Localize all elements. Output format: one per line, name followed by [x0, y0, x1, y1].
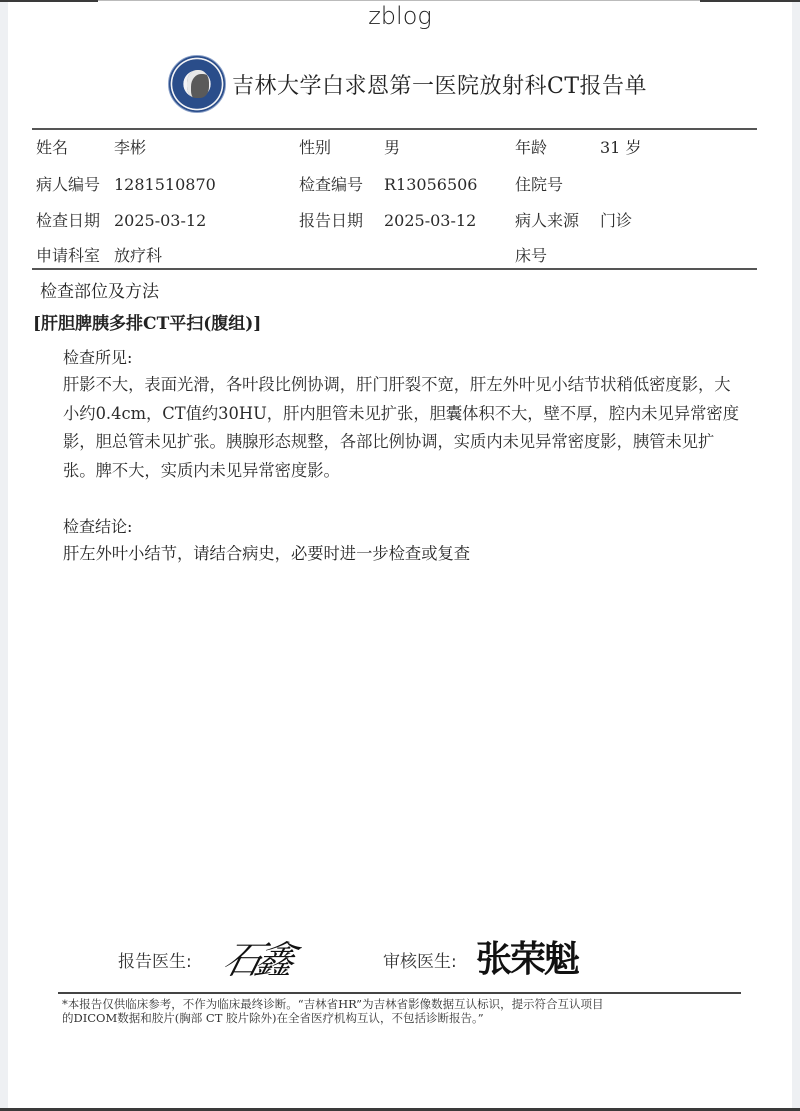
patient-name: 李彬	[114, 138, 146, 158]
footnote-line-2: 的DICOM数据和胶片(胸部 CT 胶片除外)在全省医疗机构互认，不包括诊断报告…	[62, 1011, 752, 1025]
watermark-text: zblog	[0, 0, 800, 32]
exam-date: 2025-03-12	[114, 211, 206, 231]
source-label: 病人来源	[515, 211, 579, 231]
report-header: 吉林大学白求恩第一医院放射科CT报告单	[168, 55, 647, 113]
patient-id: 1281510870	[114, 175, 216, 195]
reviewing-doctor-label: 审核医生:	[383, 947, 457, 972]
reporting-doctor-label: 报告医生:	[118, 947, 192, 972]
exam-id-label: 检查编号	[299, 175, 363, 195]
hospital-seal-logo-icon	[168, 55, 226, 113]
footnote-line-1: *本报告仅供临床参考，不作为临床最终诊断。“吉林省HR”为吉林省影像数据互认标识…	[62, 997, 752, 1011]
department-label: 申请科室	[36, 246, 100, 266]
divider	[32, 268, 757, 270]
portrait-icon	[187, 70, 209, 98]
inpatient-no-label: 住院号	[515, 175, 563, 195]
signature-row: 报告医生: 石鑫 审核医生: 张荣魁	[0, 935, 800, 990]
exam-id: R13056506	[384, 175, 477, 195]
bed-label: 床号	[515, 246, 547, 266]
report-title: 吉林大学白求恩第一医院放射科CT报告单	[232, 69, 647, 100]
reviewing-doctor-signature: 张荣魁	[476, 931, 578, 982]
divider	[58, 992, 741, 994]
exam-section-label: 检查部位及方法	[40, 277, 159, 302]
report-date: 2025-03-12	[384, 211, 476, 231]
report-date-label: 报告日期	[299, 211, 363, 231]
patient-source: 门诊	[600, 211, 632, 231]
conclusion-label: 检查结论:	[63, 514, 132, 537]
exam-method: [肝胆脾胰多排CT平扫(腹组)]	[33, 309, 261, 334]
divider	[32, 128, 757, 130]
findings-text: 肝影不大，表面光滑，各叶段比例协调，肝门肝裂不宽，肝左外叶见小结节状稍低密度影，…	[63, 371, 743, 485]
patient-age: 31 岁	[600, 138, 641, 158]
conclusion-text: 肝左外叶小结节，请结合病史，必要时进一步检查或复查	[63, 540, 470, 564]
exam-date-label: 检查日期	[36, 211, 100, 231]
gender-label: 性别	[299, 138, 331, 158]
patient-id-label: 病人编号	[36, 175, 100, 195]
findings-label: 检查所见:	[63, 345, 132, 368]
patient-gender: 男	[384, 138, 400, 158]
name-label: 姓名	[36, 138, 68, 158]
age-label: 年龄	[515, 138, 547, 158]
disclaimer-footnote: *本报告仅供临床参考，不作为临床最终诊断。“吉林省HR”为吉林省影像数据互认标识…	[62, 997, 752, 1025]
reporting-doctor-signature: 石鑫	[218, 929, 296, 984]
department: 放疗科	[114, 246, 162, 266]
